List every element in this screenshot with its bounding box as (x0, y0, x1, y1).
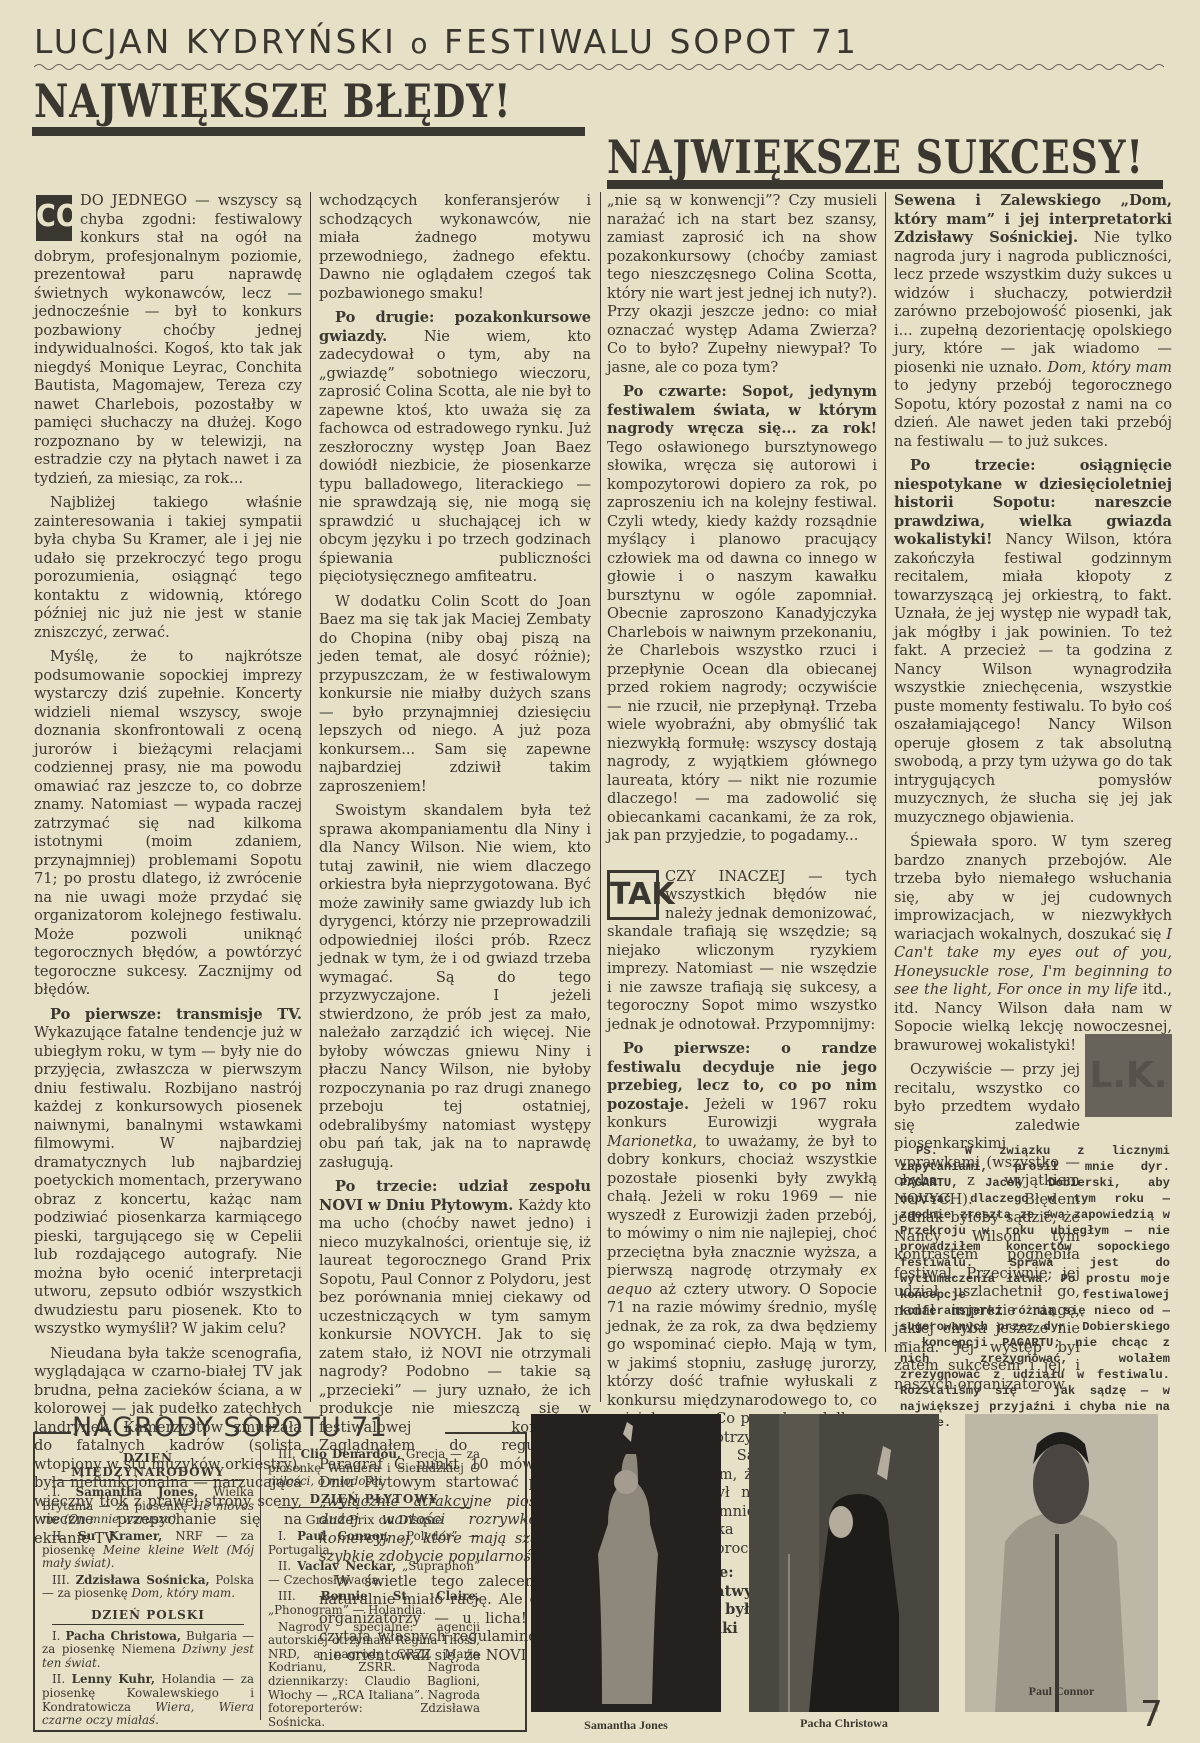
award-entry: I. Pacha Christowa, Bułgaria — za piosen… (42, 1630, 254, 1671)
singer-silhouette-icon (531, 1414, 721, 1712)
drop-initial: CO (36, 195, 72, 241)
paragraph: Po czwarte: Sopot, jedynym festiwalem św… (607, 383, 877, 846)
photo-samantha-jones (531, 1414, 721, 1712)
paragraph: Sewena i Zalewskiego „Dom, który mam” i … (894, 192, 1172, 451)
headline-biggest-mistakes: NAJWIĘKSZE BŁĘDY! (34, 74, 511, 128)
photo-paul-connor (965, 1414, 1158, 1712)
award-entry: I. Samantha Jones, Wielka Brytania — za … (42, 1486, 254, 1527)
award-entry: III. Clio Denardou, Grecja — za piosenkę… (268, 1448, 480, 1489)
headline-biggest-successes: NAJWIĘKSZE SUKCESY! (607, 130, 1144, 184)
award-entry: III. Zdzisława Sośnicka, Polska — za pio… (42, 1574, 254, 1601)
award-entry: II. Lenny Kuhr, Holandia — za piosenkę K… (42, 1673, 254, 1727)
section-lead: Po pierwsze: transmisje TV. (50, 1006, 302, 1023)
page-number: 7 (1140, 1694, 1163, 1735)
award-entry: III. Bonnie St. Claire, „Phonogram” — Ho… (268, 1590, 480, 1617)
column-rule (600, 192, 601, 1402)
column-rule (885, 192, 886, 1352)
paragraph: wchodzących konferansjerów i schodzących… (319, 192, 591, 303)
awards-section-heading: DZIEŃ MIĘDZYNARODOWY (52, 1452, 244, 1481)
postscript: PS. W związku z licznymi zapytaniami, pr… (900, 1143, 1170, 1431)
paragraph: Po trzecie: osiągnięcie niespotykane w d… (894, 457, 1172, 827)
kicker-author: LUCJAN KYDRYŃSKI (34, 22, 397, 61)
awards-column-left: DZIEŃ MIĘDZYNARODOWY I. Samantha Jones, … (42, 1448, 254, 1731)
postscript-text: PS. W związku z licznymi zapytaniami, pr… (900, 1143, 1170, 1431)
column-rule (310, 192, 311, 1402)
paragraph: Myślę, że to najkrótsze podsumowanie sop… (34, 648, 302, 1000)
paragraph: Najbliżej takiego właśnie zainteresowani… (34, 494, 302, 642)
award-entry: I. Paul Connor, „Polydor” — Portugalia. (268, 1530, 480, 1557)
kicker-topic: FESTIWALU SOPOT 71 (444, 22, 859, 61)
awards-title: NAGRODY SOPOTU 71 (72, 1412, 388, 1443)
headline-underline-left (32, 127, 585, 136)
awards-subheading: Grand Prix du Disque (268, 1513, 480, 1527)
kicker-about: o (410, 27, 430, 60)
awards-section-heading: DZIEŃ POLSKI (52, 1609, 244, 1625)
awards-box-rule (445, 1432, 525, 1434)
article-column-1: CODO JEDNEGO — wszyscy są chyba zgodni: … (34, 192, 302, 1554)
award-entry: II. Su Kramer, NRF — za piosenkę Meine k… (42, 1530, 254, 1571)
drop-initial-boxed: TAK (607, 870, 659, 920)
photo-caption: Paul Connor (965, 1684, 1158, 1699)
headline-underline-right (607, 180, 1163, 189)
magazine-page: LUCJAN KYDRYŃSKI o FESTIWALU SOPOT 71 NA… (0, 0, 1200, 1743)
awards-box-rule (33, 1432, 71, 1434)
awards-column-right: III. Clio Denardou, Grecja — za piosenkę… (268, 1448, 480, 1732)
paragraph: Swoistym skandalem była też sprawa akomp… (319, 802, 591, 1172)
special-awards: Nagrody specjalne: agencji autorskiej ot… (268, 1621, 480, 1730)
award-entry: II. Vaclav Neckar, „Supraphon” — Czechos… (268, 1560, 480, 1587)
author-signature-block: L.K. (1085, 1034, 1172, 1117)
series-kicker: LUCJAN KYDRYŃSKI o FESTIWALU SOPOT 71 (34, 22, 1164, 61)
awards-column-rule (260, 1448, 261, 1720)
paragraph: TAKCZY INACZEJ — tych wszystkich błędów … (607, 868, 877, 1035)
singer-silhouette-icon (749, 1414, 939, 1712)
paragraph: Po pierwsze: transmisje TV. Wykazujące f… (34, 1006, 302, 1339)
paragraph: Po drugie: pozakonkursowe gwiazdy. Nie w… (319, 309, 591, 587)
photo-caption: Pacha Christowa (749, 1716, 939, 1731)
photo-caption: Samantha Jones (531, 1718, 721, 1733)
section-lead: Po czwarte: Sopot, jedynym festiwalem św… (607, 383, 877, 437)
wavy-rule (34, 62, 1164, 72)
photo-pacha-christowa (749, 1414, 939, 1712)
singer-portrait-icon (965, 1414, 1158, 1712)
awards-section-heading: DZIEŃ PŁYTOWY (278, 1493, 470, 1509)
paragraph: Śpiewała sporo. W tym szereg bardzo znan… (894, 833, 1172, 1055)
paragraph: W dodatku Colin Scott do Joan Baez ma si… (319, 593, 591, 797)
paragraph: „nie są w konwencji”? Czy musieli naraża… (607, 192, 877, 377)
paragraph: CODO JEDNEGO — wszyscy są chyba zgodni: … (34, 192, 302, 488)
